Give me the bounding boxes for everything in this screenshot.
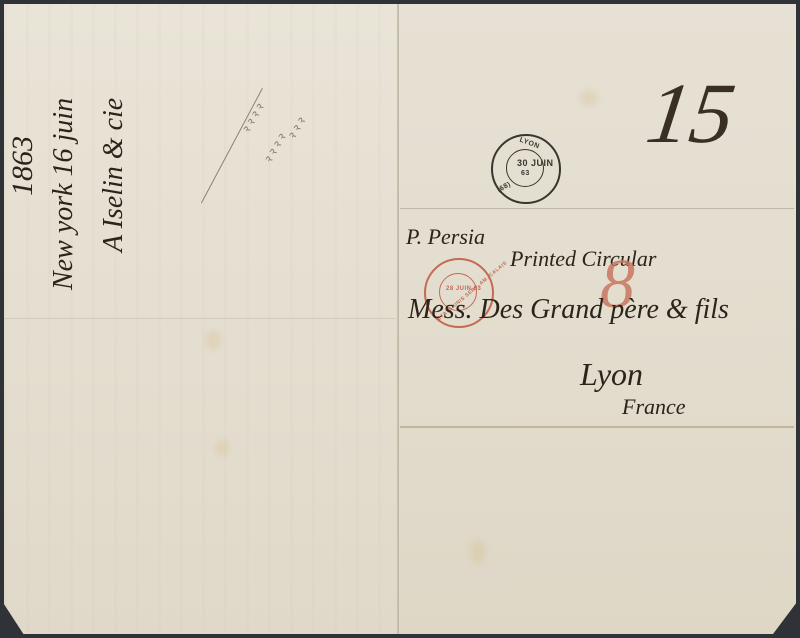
left-fold-line (4, 318, 396, 319)
docket-sender: A Iselin & cie (98, 98, 130, 252)
postmark-dept: (68) (496, 181, 512, 194)
lower-fold-line (400, 426, 794, 428)
upper-fold-line (400, 208, 794, 209)
docket-year: 1863 (6, 136, 40, 196)
postmark-inner-ring (506, 149, 544, 187)
postmark-year: 63 (521, 170, 530, 177)
lyon-postmark: LYON 30 JUIN 63 (68) (491, 134, 561, 204)
routing-note: P. Persia (406, 224, 485, 250)
addressee-line: Mess. Des Grand père & fils (408, 294, 729, 326)
clipped-corner-right (770, 598, 800, 638)
transit-postmark-date: 28 JUIN 63 (446, 286, 481, 292)
foxing-stain (580, 90, 598, 106)
faded-pencil-tally: ꝛ ꝛ ꝛ ꝛ ꝛ ꝛ ꝛ ꝛ ꝛ ꝛ ꝛ (228, 100, 338, 210)
clipped-corner-left (0, 598, 26, 638)
postmark-date: 30 JUIN (517, 158, 554, 168)
foxing-stain (470, 540, 486, 564)
manuscript-rate: 15 (642, 70, 740, 156)
docket-place-date: New york 16 juin (48, 98, 80, 290)
foxing-stain (205, 330, 221, 350)
vertical-fold-line (397, 4, 399, 634)
foxing-stain (215, 440, 229, 456)
address-city: Lyon (580, 356, 643, 393)
address-country: France (622, 394, 686, 420)
